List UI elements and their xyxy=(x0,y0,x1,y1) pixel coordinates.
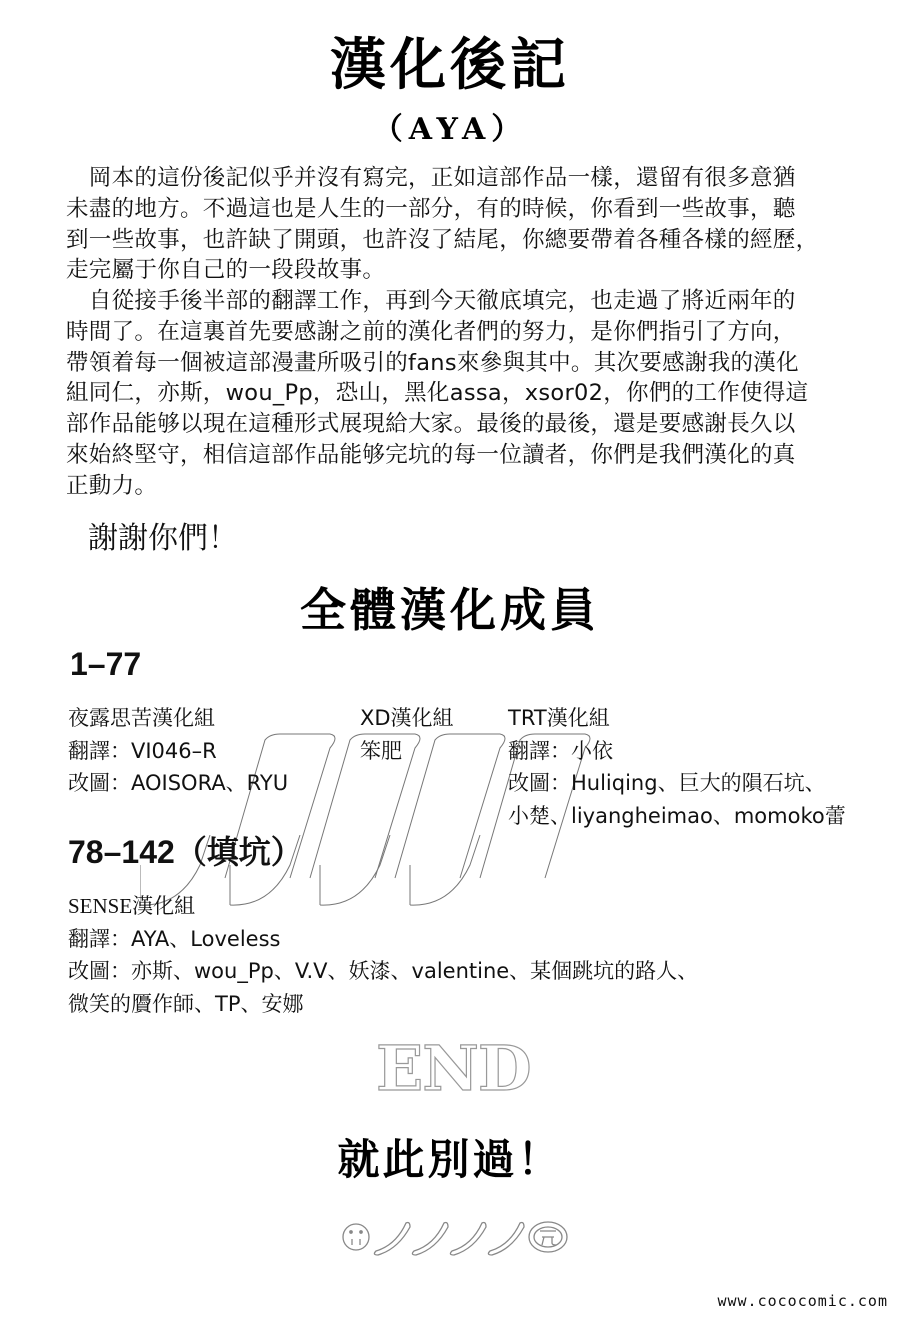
credit-line: 改圖：AOISORA、RYU xyxy=(68,767,288,800)
chapter-range-heading: 1–77 xyxy=(70,644,141,684)
text-line: 來始終堅守，相信這部作品能够完坑的每一位讀者，你們是我們漢化的真 xyxy=(66,440,866,471)
text-line: 自從接手後半部的翻譯工作，再到今天徹底填完，也走過了將近兩年的 xyxy=(66,286,866,317)
text-line: 到一些故事，也許缺了開頭，也許沒了結尾，你總要帶着各種各樣的經歷， xyxy=(66,225,866,256)
site-watermark: www.cococomic.com xyxy=(717,1292,888,1310)
credit-group-xd: XD漢化組 笨肥 xyxy=(360,702,454,767)
text-line: 部作品能够以現在這種形式展現給大家。最後的最後，還是要感謝長久以 xyxy=(66,409,866,440)
text-line: 未盡的地方。不過這也是人生的一部分，有的時候，你看到一些故事，聽 xyxy=(66,194,866,225)
group-name: XD漢化組 xyxy=(360,702,454,735)
credit-group-trt: TRT漢化組 翻譯：小依 改圖：Huliqing、巨大的隕石坑、 小楚、liya… xyxy=(508,702,846,832)
page-title: 漢化後記 xyxy=(0,30,900,100)
chapter-range-heading: 78–142（填坑） xyxy=(68,832,303,872)
thanks-line: 謝謝你們！ xyxy=(88,519,238,559)
group-name: SENSE漢化組 xyxy=(68,890,698,923)
text-line: 走完屬于你自己的一段段故事。 xyxy=(66,255,866,286)
credit-line: 翻譯：VI046–R xyxy=(68,735,288,768)
credit-line: 改圖：Huliqing、巨大的隕石坑、 xyxy=(508,767,846,800)
nonono-kan-logo-icon xyxy=(340,1215,570,1259)
credit-line: 小楚、liyangheimao、momoko蕾 xyxy=(508,800,846,833)
text-line: 時間了。在這裏首先要感謝之前的漢化者們的努力，是你們指引了方向， xyxy=(66,317,866,348)
text-line: 帶領着每一個被這部漫畫所吸引的fans來參與其中。其次要感謝我的漢化 xyxy=(66,348,866,379)
credit-line: 翻譯：AYA、Loveless xyxy=(68,923,698,956)
credit-line: 翻譯：小依 xyxy=(508,735,846,768)
credit-line: 笨肥 xyxy=(360,735,454,768)
text-line: 岡本的這份後記似乎并沒有寫完，正如這部作品一樣，還留有很多意猶 xyxy=(66,163,866,194)
staff-section-title: 全體漢化成員 xyxy=(0,580,900,640)
text-line: 組同仁，亦斯，wou_Pp，恐山，黑化assa，xsor02，你們的工作使得這 xyxy=(66,378,866,409)
farewell-heading: 就此別過！ xyxy=(0,1130,900,1190)
credit-group-yelu: 夜露思苦漢化組 翻譯：VI046–R 改圖：AOISORA、RYU xyxy=(68,702,288,800)
end-mark: END xyxy=(376,1034,531,1104)
credit-line: 微笑的贗作師、TP、安娜 xyxy=(68,988,698,1021)
group-name: TRT漢化組 xyxy=(508,702,846,735)
afterword-paragraph-1: 岡本的這份後記似乎并沒有寫完，正如這部作品一樣，還留有很多意猶 未盡的地方。不過… xyxy=(66,163,866,286)
text-line: 正動力。 xyxy=(66,471,866,502)
author-credit: （AYA） xyxy=(0,108,900,152)
group-name: 夜露思苦漢化組 xyxy=(68,702,288,735)
credit-group-sense: SENSE漢化組 翻譯：AYA、Loveless 改圖：亦斯、wou_Pp、V.… xyxy=(68,890,698,1020)
afterword-paragraph-2: 自從接手後半部的翻譯工作，再到今天徹底填完，也走過了將近兩年的 時間了。在這裏首… xyxy=(66,286,866,502)
credit-line: 改圖：亦斯、wou_Pp、V.V、妖漆、valentine、某個跳坑的路人、 xyxy=(68,955,698,988)
